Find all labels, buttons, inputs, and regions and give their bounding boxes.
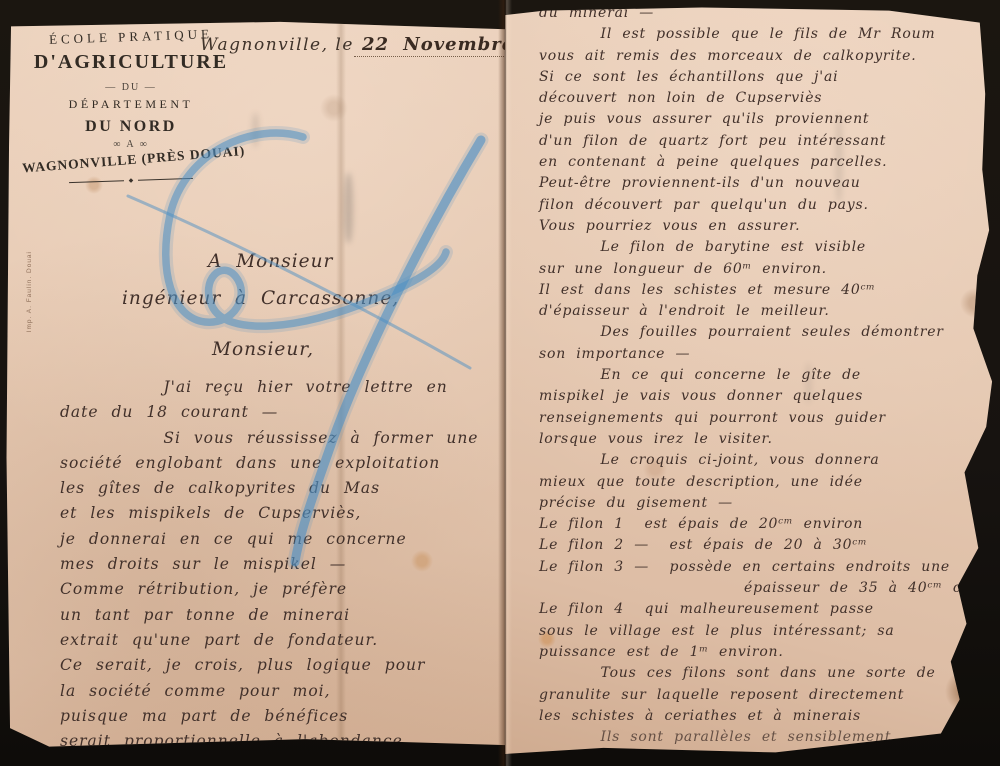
handwritten-line: Le croquis ci-joint, vous donnera bbox=[539, 450, 989, 471]
printer-imprint: Imp. A. Faulin. Douai bbox=[26, 251, 33, 332]
smudge-stain bbox=[344, 173, 353, 243]
salutation: Monsieur, bbox=[212, 339, 314, 360]
handwritten-line: granulite sur laquelle reposent directem… bbox=[539, 685, 989, 706]
handwritten-line: Ils sont parallèles et sensiblement bbox=[539, 727, 989, 748]
handwritten-line: d'un filon de quartz fort peu intéressan… bbox=[539, 131, 989, 152]
recipient-block: A Monsieur ingénieur à Carcassonne, bbox=[122, 243, 399, 317]
handwritten-line: serait proportionnelle à l'abondance bbox=[60, 729, 500, 754]
letterhead-line: DÉPARTEMENT bbox=[22, 97, 240, 112]
handwritten-line: les gîtes de calkopyrites du Mas bbox=[60, 476, 500, 501]
handwritten-line: la société comme pour moi, bbox=[60, 679, 500, 704]
handwritten-line: dirigés du Nord au Sud bbox=[539, 748, 989, 766]
handwritten-line: mes droits sur le mispikel — bbox=[60, 552, 500, 577]
handwritten-line: Le filon 1 est épais de 20ᶜᵐ environ bbox=[539, 514, 989, 535]
handwritten-line: En ce qui concerne le gîte de bbox=[539, 365, 989, 386]
letter-body-left: J'ai reçu hier votre lettre endate du 18… bbox=[60, 375, 500, 754]
letterhead-divider: ◆ bbox=[22, 173, 240, 188]
handwritten-line: société englobant dans une exploitation bbox=[60, 451, 500, 476]
scroll-ornament-icon: ∞ bbox=[113, 139, 122, 150]
handwritten-line: puissance est de 1ᵐ environ. bbox=[539, 642, 989, 663]
handwritten-line: Vous pourriez vous en assurer. bbox=[539, 216, 989, 237]
handwritten-line: Il est dans les schistes et mesure 40ᶜᵐ bbox=[539, 280, 989, 301]
handwritten-line: découvert non loin de Cupserviès bbox=[539, 88, 989, 109]
handwritten-line: filon découvert par quelqu'un du pays. bbox=[539, 195, 989, 216]
divider-rule bbox=[138, 178, 193, 181]
smudge-stain bbox=[252, 113, 259, 147]
handwritten-line: Ce serait, je crois, plus logique pour bbox=[60, 653, 500, 678]
handwritten-line: épaisseur de 35 à 40ᶜᵐ ou bbox=[539, 578, 989, 599]
handwritten-line: Si ce sont les échantillons que j'ai bbox=[539, 67, 989, 88]
handwritten-line: je donnerai en ce qui me concerne bbox=[60, 527, 500, 552]
letter-page-right: du minerai — Il est possible que le fils… bbox=[505, 3, 997, 760]
letterhead-line: — DU — bbox=[22, 82, 240, 93]
handwritten-line: vous ait remis des morceaux de calkopyri… bbox=[539, 46, 989, 67]
handwritten-line: lorsque vous irez le visiter. bbox=[539, 429, 989, 450]
handwritten-line: puisque ma part de bénéfices bbox=[60, 704, 500, 729]
handwritten-line: Peut-être proviennent-ils d'un nouveau bbox=[539, 173, 989, 194]
handwritten-line: Des fouilles pourraient seules démontrer bbox=[539, 322, 989, 343]
handwritten-line: Le filon de barytine est visible bbox=[539, 237, 989, 258]
fleuron-icon: ◆ bbox=[129, 177, 134, 184]
handwritten-line: Si vous réussissez à former une bbox=[60, 426, 500, 451]
handwritten-line: précise du gisement — bbox=[539, 493, 989, 514]
handwritten-line: date du 18 courant — bbox=[60, 400, 500, 425]
handwritten-line: Le filon 2 — est épais de 20 à 30ᶜᵐ bbox=[539, 535, 989, 556]
center-fold bbox=[498, 0, 512, 766]
letter-body-right: du minerai — Il est possible que le fils… bbox=[539, 3, 989, 766]
handwritten-line: je puis vous assurer qu'ils proviennent bbox=[539, 109, 989, 130]
handwritten-line: Le filon 4 qui malheureusement passe bbox=[539, 599, 989, 620]
handwritten-line: extrait qu'une part de fondateur. bbox=[60, 628, 500, 653]
handwritten-line: sous le village est le plus intéressant;… bbox=[539, 621, 989, 642]
handwritten-line: mispikel je vais vous donner quelques bbox=[539, 386, 989, 407]
scroll-ornament-icon: ∞ bbox=[140, 139, 149, 150]
handwritten-line: sur une longueur de 60ᵐ environ. bbox=[539, 259, 989, 280]
letter-scan: ÉCOLE PRATIQUE D'AGRICULTURE — DU — DÉPA… bbox=[0, 0, 1000, 766]
handwritten-line: mieux que toute description, une idée bbox=[539, 472, 989, 493]
recipient-line: A Monsieur bbox=[122, 243, 399, 280]
letterhead-line: DU NORD bbox=[22, 118, 240, 136]
handwritten-line: son importance — bbox=[539, 344, 989, 365]
handwritten-line: J'ai reçu hier votre lettre en bbox=[60, 375, 500, 400]
handwritten-line: en contenant à peine quelques parcelles. bbox=[539, 152, 989, 173]
handwritten-line: du minerai — bbox=[539, 3, 989, 24]
handwritten-line: Tous ces filons sont dans une sorte de bbox=[539, 663, 989, 684]
handwritten-line: les schistes à ceriathes et à minerais bbox=[539, 706, 989, 727]
letterhead-a: A bbox=[126, 139, 135, 150]
handwritten-line: Il est possible que le fils de Mr Roum bbox=[539, 24, 989, 45]
dateline-printed-prefix: Wagnonville, le bbox=[200, 35, 354, 55]
letter-page-left: ÉCOLE PRATIQUE D'AGRICULTURE — DU — DÉPA… bbox=[4, 13, 506, 754]
dateline-handwritten-date: 22 Novembre bbox=[354, 34, 520, 57]
handwritten-line: un tant par tonne de minerai bbox=[60, 603, 500, 628]
recipient-line: ingénieur à Carcassonne, bbox=[122, 280, 399, 317]
handwritten-line: Comme rétribution, je préfère bbox=[60, 577, 500, 602]
handwritten-line: d'épaisseur à l'endroit le meilleur. bbox=[539, 301, 989, 322]
handwritten-line: Le filon 3 — possède en certains endroit… bbox=[539, 557, 989, 578]
handwritten-line: renseignements qui pourront vous guider bbox=[539, 408, 989, 429]
divider-rule bbox=[69, 180, 124, 183]
handwritten-line: et les mispikels de Cupserviès, bbox=[60, 501, 500, 526]
